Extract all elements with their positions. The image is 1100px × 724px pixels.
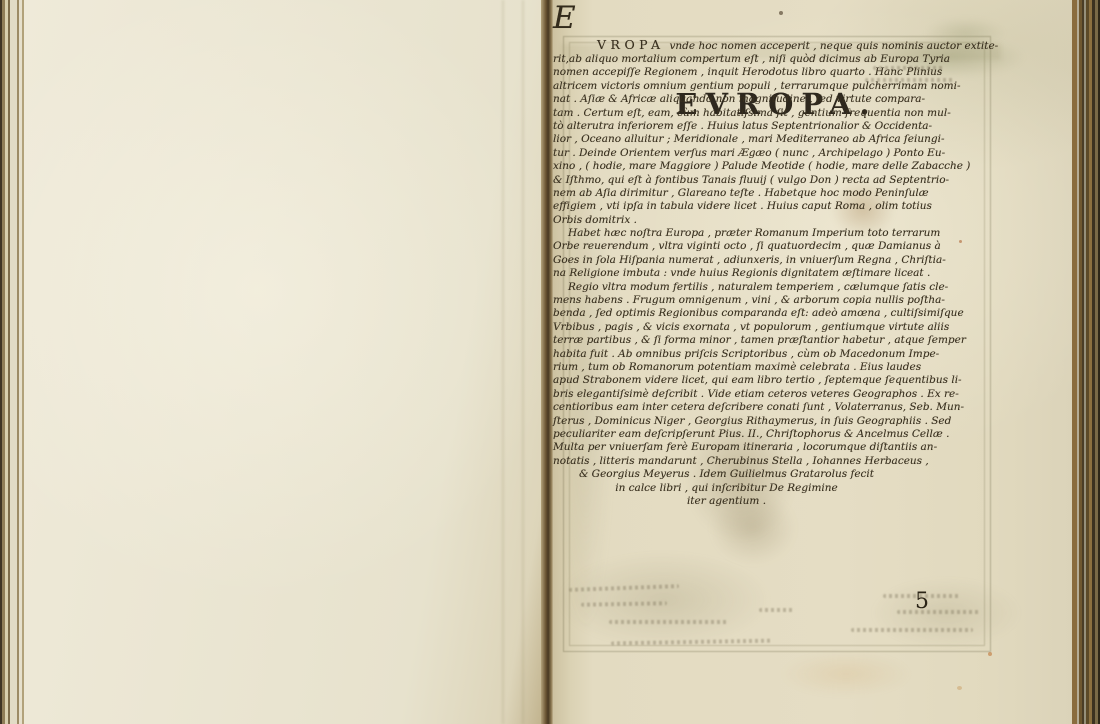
paragraph-origin-of-name: E VROPAvnde hoc nomen acceperit , neque … [553, 0, 900, 227]
text-line: Regio vltra modum fertilis , naturalem t… [553, 281, 900, 294]
open-atlas-book-photo: EVROPA. E VROPAvnde hoc nomen acceperit … [0, 0, 1100, 724]
text-line: VROPAvnde hoc nomen acceperit , neque qu… [553, 36, 900, 53]
text-line: apud Strabonem videre licet, qui eam lib… [553, 374, 900, 387]
text-line: iter agentium . [553, 495, 900, 508]
text-line: benda , ſed optimis Regionibus comparand… [553, 307, 900, 320]
rust-speck [959, 240, 962, 243]
text-line: Orbis domitrix . [553, 214, 900, 227]
text-line: ſterus , Dominicus Niger , Georgius Rith… [553, 415, 900, 428]
text-line: lior , Oceano alluitur ; Meridionale , m… [553, 133, 900, 146]
paragraph-itineraries-colophon: Multa per vniuerſam ferè Europam itinera… [553, 441, 900, 508]
text-line: effigiem , vti ipſa in tabula videre lic… [553, 200, 900, 213]
text-column: E VROPAvnde hoc nomen acceperit , neque … [553, 0, 900, 508]
text-line: bris elegantiſsimè deſcribit . Vide etia… [553, 388, 900, 401]
showthrough-text-smudge [851, 628, 973, 632]
showthrough-text-smudge [759, 608, 793, 612]
text-line: nem ab Aſia dirimitur , Glareano teſte .… [553, 187, 900, 200]
text-line: na Religione imbuta : vnde huius Regioni… [553, 267, 900, 280]
left-blank-page [24, 0, 541, 724]
intro-small-caps: VROPA [597, 37, 664, 52]
rust-speck [988, 652, 992, 656]
paragraph-fertility-authors: Regio vltra modum fertilis , naturalem t… [553, 281, 900, 442]
text-line: altricem victoris omnium gentium populi … [553, 80, 900, 93]
showthrough-text-smudge [609, 620, 729, 624]
page-number: 5 [915, 589, 955, 614]
text-line: tò alterutra inferiorem eſſe . Huius lat… [553, 120, 900, 133]
text-line: Goes in ſola Hiſpania numerat , adiunxer… [553, 254, 900, 267]
text-line: terræ partibus , & ſi forma minor , tame… [553, 334, 900, 347]
text-line: Habet hæc noſtra Europa , præter Romanum… [553, 227, 900, 240]
text-line: nat . Aſiæ & Africæ aliquando non magnit… [553, 93, 900, 106]
text-line: tur . Deinde Orientem verſus mari Ægæo (… [553, 147, 900, 160]
page-crease [502, 0, 504, 724]
paragraph-lines: Regio vltra modum fertilis , naturalem t… [553, 281, 900, 442]
text-line: mens habens . Frugum omnigenum , vini , … [553, 294, 900, 307]
text-line: Vrbibus , pagis , & vicis exornata , vt … [553, 321, 900, 334]
text-line: in calce libri , qui inſcribitur De Regi… [553, 482, 900, 495]
paragraph-lines: Multa per vniuerſam ferè Europam itinera… [553, 441, 900, 508]
bottom-left-showthrough [557, 552, 771, 648]
paragraph-kingdoms: Habet hæc noſtra Europa , præter Romanum… [553, 227, 900, 281]
text-line: rit,ab aliquo mortalium compertum eſt , … [553, 53, 900, 66]
warm-blotch [781, 652, 911, 696]
paragraph-lines: rit,ab aliquo mortalium compertum eſt , … [553, 53, 900, 227]
text-line: xino , ( hodie, mare Maggiore ) Palude M… [553, 160, 900, 173]
left-page-edges [0, 0, 26, 724]
text-line: & Iſthmo, qui eſt à fontibus Tanais fluu… [553, 174, 900, 187]
right-page-edges [1072, 0, 1100, 724]
paragraph-lines: Habet hæc noſtra Europa , præter Romanum… [553, 227, 900, 281]
drop-cap-E: E [553, 0, 576, 36]
text-line-content: vnde hoc nomen acceperit , neque quis no… [669, 40, 998, 52]
text-line: Orbe reuerendum , vltra viginti octo , ſ… [553, 240, 900, 253]
text-line: & Georgius Meyerus . Idem Guilielmus Gra… [553, 468, 900, 481]
book-gutter [541, 0, 553, 724]
right-text-page: EVROPA. E VROPAvnde hoc nomen acceperit … [553, 0, 1072, 724]
text-line: Multa per vniuerſam ferè Europam itinera… [553, 441, 900, 454]
text-line: peculiariter eam deſcripſerunt Pius. II.… [553, 428, 900, 441]
text-line: notatis , litteris mandarunt , Cherubinu… [553, 455, 900, 468]
text-line: rium , tum ob Romanorum potentiam maximè… [553, 361, 900, 374]
page-crease [522, 0, 524, 724]
text-line: centioribus eam inter cetera deſcribere … [553, 401, 900, 414]
text-line: nomen accepiſſe Regionem , inquit Herodo… [553, 66, 900, 79]
text-line: tam . Certum eſt, eam, cùm habitatiſsima… [553, 107, 900, 120]
rust-speck [957, 686, 962, 690]
text-line: habita fuit . Ab omnibus priſcis Scripto… [553, 348, 900, 361]
